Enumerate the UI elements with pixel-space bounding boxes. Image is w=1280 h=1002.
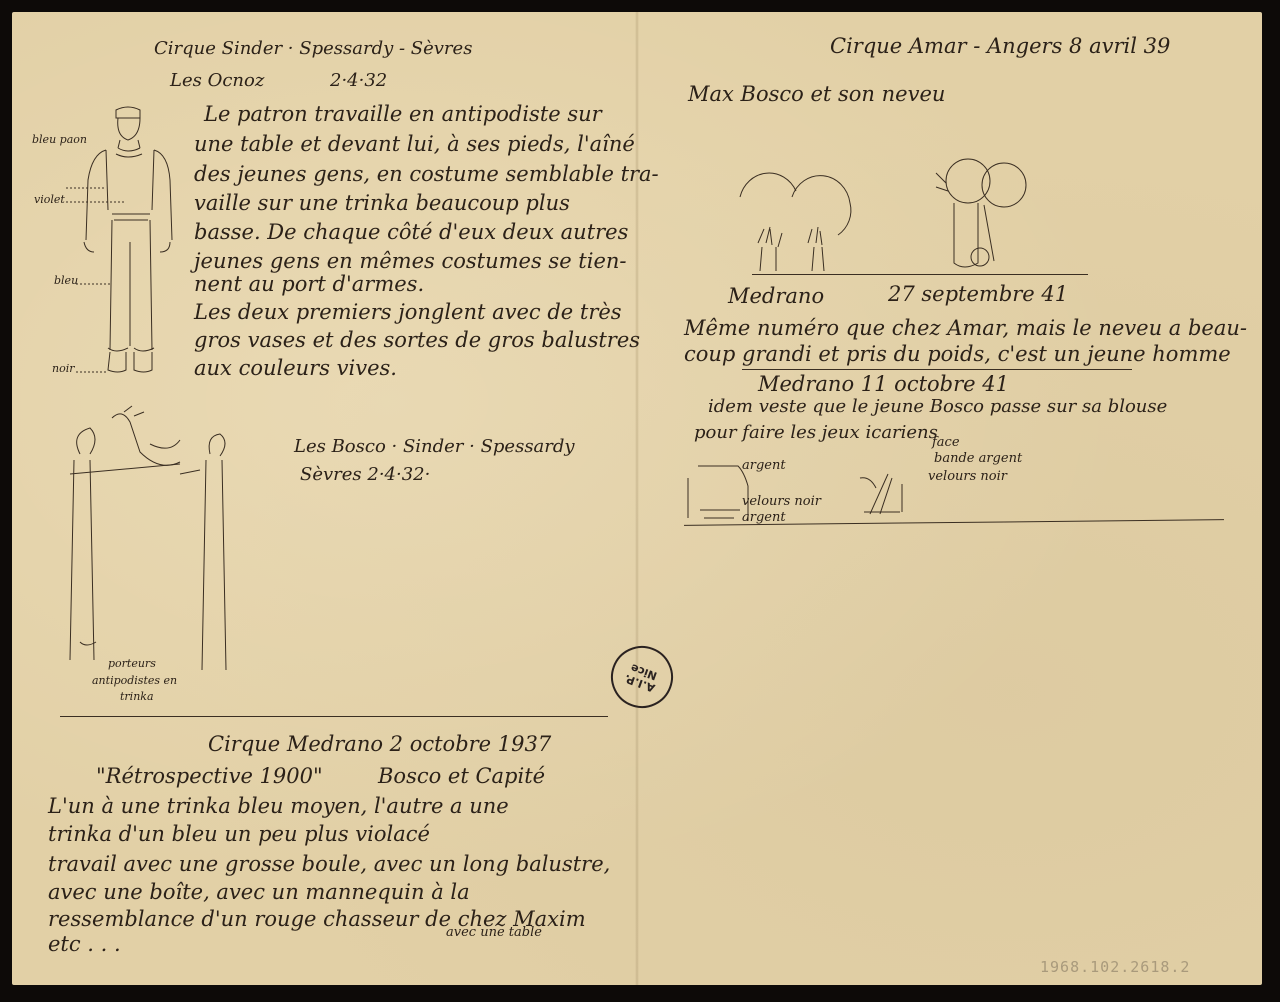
- text-line: vaille sur une trinka beaucoup plus: [194, 193, 570, 214]
- costume-label: argent: [742, 459, 786, 472]
- text-line: pour faire les jeux icariens: [694, 424, 938, 442]
- costume-detail-sketch: [684, 458, 924, 528]
- divider: [752, 274, 1088, 275]
- text-line: aux couleurs vives.: [194, 358, 397, 379]
- archive-stamp: A.I.P. Nice: [602, 637, 681, 716]
- right-header: Cirque Amar - Angers 8 avril 39: [830, 36, 1170, 57]
- inventory-number: 1968.102.2618.2: [1040, 958, 1190, 976]
- text-line: Les deux premiers jonglent avec de très: [194, 302, 622, 323]
- text-line: idem veste que le jeune Bosco passe sur …: [708, 398, 1167, 416]
- costume-label: face: [932, 436, 960, 449]
- sketch-label: trinka: [120, 691, 154, 702]
- left-header-date: 2·4·32: [330, 72, 387, 90]
- sketch-caption-line2: Sèvres 2·4·32·: [300, 466, 430, 484]
- costume-label: bande argent: [934, 452, 1022, 465]
- left-header-name: Les Ocnoz: [170, 72, 264, 90]
- sketch-label: porteurs: [108, 658, 156, 669]
- figure-label: noir: [52, 363, 74, 374]
- text-line: Le patron travaille en antipodiste sur: [204, 104, 602, 125]
- figure-label: bleu: [54, 275, 78, 286]
- figure-label: bleu paon: [32, 134, 87, 145]
- text-line: Même numéro que chez Amar, mais le neveu…: [684, 318, 1247, 339]
- bosco-capite: Bosco et Capité: [378, 766, 545, 787]
- divider: [60, 716, 608, 717]
- sketch-caption-line1: Les Bosco · Sinder · Spessardy: [294, 438, 575, 456]
- figure-label: violet: [34, 194, 65, 205]
- text-line: jeunes gens en mêmes costumes se tien-: [194, 251, 627, 272]
- retrospective-title: "Rétrospective 1900": [96, 766, 323, 787]
- insert-text: avec une table: [446, 926, 542, 939]
- medrano-oct-heading: Medrano 11 octobre 41: [758, 374, 1009, 395]
- text-line: L'un à une trinka bleu moyen, l'autre a …: [48, 796, 509, 817]
- sketch-label: antipodistes en: [92, 675, 177, 686]
- text-line: travail avec une grosse boule, avec un l…: [48, 854, 610, 875]
- medrano-sept-date: 27 septembre 41: [888, 284, 1068, 305]
- text-line: gros vases et des sortes de gros balustr…: [194, 330, 640, 351]
- bosco-juggling-sketch: [722, 147, 1042, 287]
- text-line: nent au port d'armes.: [194, 274, 424, 295]
- divider: [742, 369, 1132, 370]
- right-subheader: Max Bosco et son neveu: [688, 84, 945, 105]
- text-line: trinka d'un bleu un peu plus violacé: [48, 824, 430, 845]
- text-line: des jeunes gens, en costume semblable tr…: [194, 164, 659, 185]
- medrano-sept-place: Medrano: [728, 286, 824, 307]
- costume-label: velours noir: [928, 470, 1007, 483]
- costume-label: velours noir: [742, 495, 821, 508]
- manuscript-paper: Cirque Sinder · Spessardy - Sèvres Les O…: [12, 12, 1262, 985]
- text-line: avec une boîte, avec un mannequin à la: [48, 882, 470, 903]
- page-fold: [635, 12, 639, 985]
- text-line: une table et devant lui, à ses pieds, l'…: [194, 134, 635, 155]
- text-line: basse. De chaque côté d'eux deux autres: [194, 222, 628, 243]
- costume-label: argent: [742, 511, 786, 524]
- medrano-1937-heading: Cirque Medrano 2 octobre 1937: [208, 734, 551, 755]
- text-line: coup grandi et pris du poids, c'est un j…: [684, 344, 1231, 365]
- left-header-line1: Cirque Sinder · Spessardy - Sèvres: [154, 40, 472, 58]
- text-line: etc . . .: [48, 934, 121, 955]
